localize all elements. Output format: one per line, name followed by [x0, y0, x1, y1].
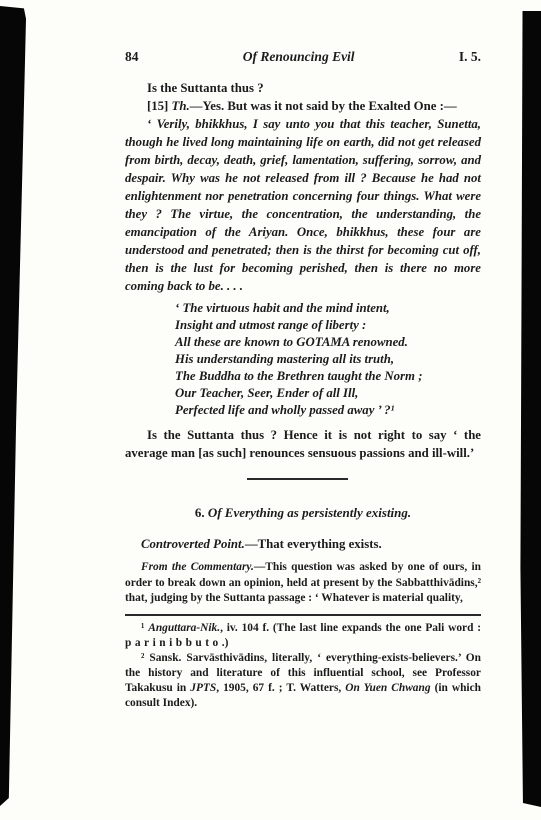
- section-heading: 6. Of Everything as persistently existin…: [125, 504, 481, 522]
- section-title: Of Everything as persistently existing.: [208, 505, 411, 520]
- commentary-label: From the Commentary.: [141, 561, 254, 573]
- running-title: Of Renouncing Evil: [243, 48, 355, 66]
- verse-line: Insight and utmost range of liberty :: [175, 317, 481, 334]
- section-number: 6.: [195, 505, 208, 520]
- paragraph-15: [15] Th.—Yes. But was it not said by the…: [125, 97, 481, 115]
- verse-line: All these are known to GOTAMA renowned.: [175, 334, 481, 351]
- footnote-2: ² Sansk. Sarvāsthivādins, literally, ‘ e…: [125, 651, 481, 711]
- page-header: 84 Of Renouncing Evil I. 5.: [125, 48, 481, 66]
- verse-line: The Buddha to the Brethren taught the No…: [175, 368, 481, 385]
- verse-block: ‘ The virtuous habit and the mind intent…: [175, 300, 481, 419]
- page-content: 84 Of Renouncing Evil I. 5. Is the Sutta…: [125, 48, 481, 711]
- paragraph-15-speaker: Th.: [172, 99, 190, 113]
- commentary-paragraph: From the Commentary.—This question was a…: [125, 560, 481, 607]
- footnote-2-text-b: , 1905, 67 f. ; T. Watters,: [216, 682, 345, 694]
- verse-line: Our Teacher, Seer, Ender of all Ill,: [175, 385, 481, 402]
- footnote-1-source: Anguttara-Nik.: [148, 622, 220, 634]
- suttanta-question-line: Is the Suttanta thus ?: [125, 79, 481, 97]
- verse-line: His understanding mastering all its trut…: [175, 351, 481, 368]
- footnote-2-journal: JPTS: [190, 682, 216, 694]
- footnotes-block: ¹ Anguttara-Nik., iv. 104 f. (The last l…: [125, 621, 481, 711]
- sutta-quote-paragraph: ‘ Verily, bhikkhus, I say unto you that …: [125, 115, 481, 295]
- footnote-rule: [125, 614, 481, 616]
- scanned-book-page: 84 Of Renouncing Evil I. 5. Is the Sutta…: [0, 0, 541, 820]
- footnote-1-text: , iv. 104 f. (The last line expands the …: [220, 622, 481, 634]
- controverted-point-text: —That everything exists.: [245, 537, 382, 551]
- right-binding-bar: [520, 11, 541, 807]
- section-ref: I. 5.: [459, 48, 481, 66]
- closing-paragraph: Is the Suttanta thus ? Hence it is not r…: [125, 426, 481, 462]
- footnote-2-work-title: On Yuen Chwang: [345, 682, 430, 694]
- paragraph-15-number: [15]: [147, 99, 172, 113]
- verse-line: Perfected life and wholly passed away ’ …: [175, 402, 481, 419]
- controverted-point-line: Controverted Point.—That everything exis…: [125, 535, 481, 553]
- footnote-1-pali-word: parinibbuto: [125, 637, 222, 649]
- section-divider-rule: [247, 478, 348, 480]
- page-number: 84: [125, 48, 139, 66]
- footnote-1: ¹ Anguttara-Nik., iv. 104 f. (The last l…: [125, 621, 481, 651]
- footnote-1-close: .): [222, 637, 229, 649]
- controverted-point-label: Controverted Point.: [141, 537, 245, 551]
- verse-line: ‘ The virtuous habit and the mind intent…: [175, 300, 481, 317]
- left-binding-bar: [0, 6, 26, 806]
- paragraph-15-text: —Yes. But was it not said by the Exalted…: [190, 99, 457, 113]
